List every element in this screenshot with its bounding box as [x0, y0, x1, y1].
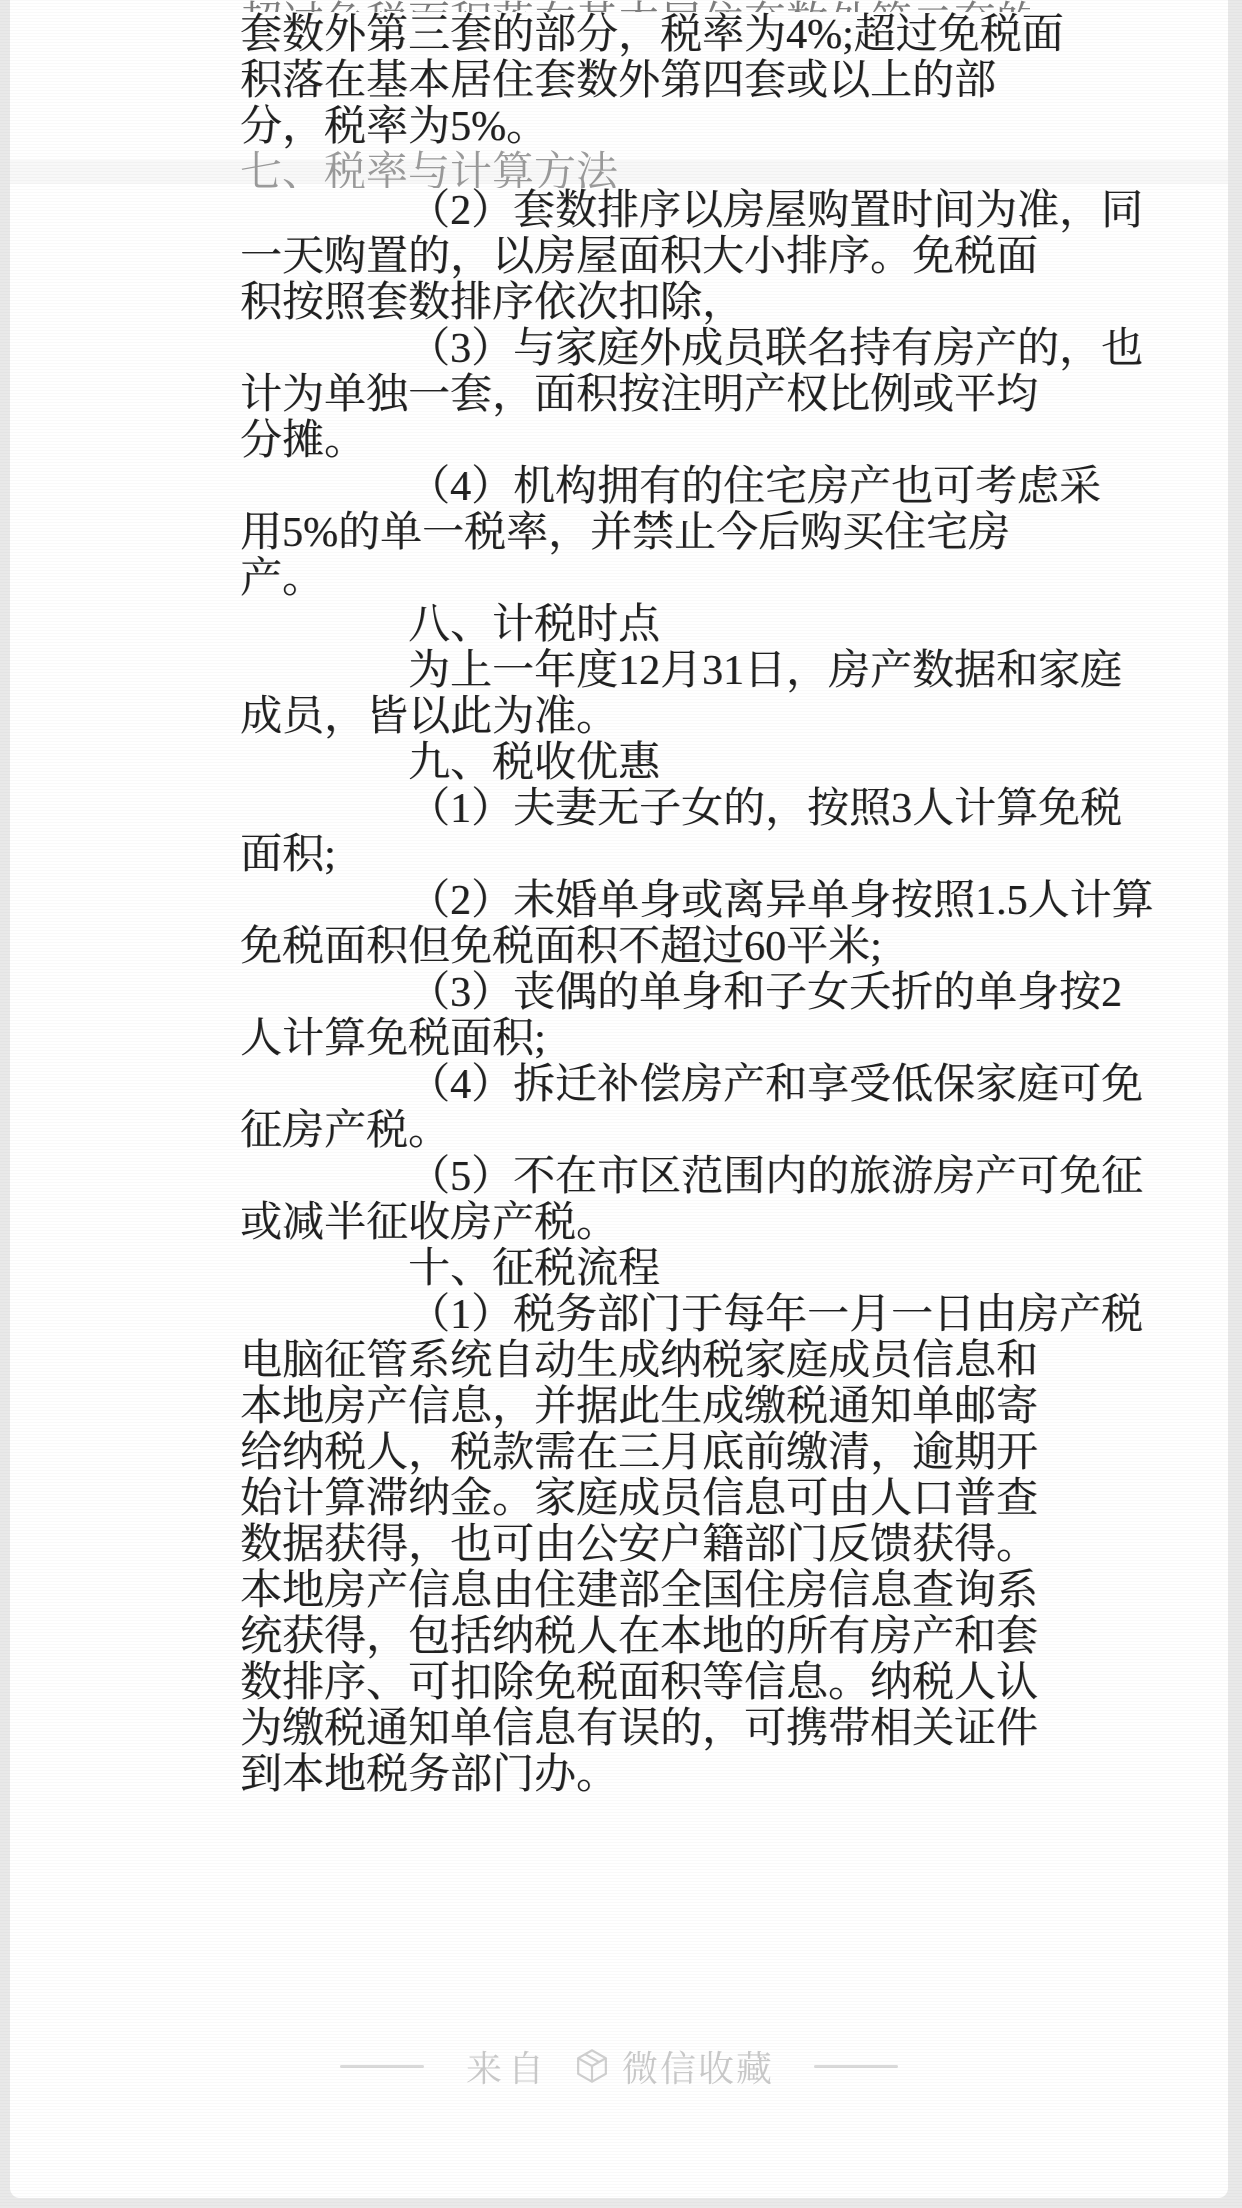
text-line-content: 征房产税。 [240, 1108, 450, 1154]
text-line: 产。 [240, 556, 1030, 602]
text-line-content: （3）与家庭外成员联名持有房产的，也 [324, 326, 1143, 372]
text-line-content: 一天购置的，以房屋面积大小排序。免税面 [240, 234, 1038, 280]
text-line: 积落在基本居住套数外第四套或以上的部 [240, 58, 1030, 104]
text-line-content: （5）不在市区范围内的旅游房产可免征 [324, 1154, 1143, 1200]
text-line-content: 积按照套数排序依次扣除， [240, 280, 744, 326]
text-line: （4）机构拥有的住宅房产也可考虑采 [240, 464, 1030, 510]
text-line-content: 为缴税通知单信息有误的，可携带相关证件 [240, 1706, 1038, 1752]
text-line: 套数外第三套的部分，税率为4%;超过免税面 [240, 12, 1030, 58]
text-line: 数排序、可扣除免税面积等信息。纳税人认 [240, 1660, 1030, 1706]
text-line: （1）税务部门于每年一月一日由房产税 [240, 1292, 1030, 1338]
text-line-content: 九、税收优惠 [324, 740, 660, 786]
text-line: 电脑征管系统自动生成纳税家庭成员信息和 [240, 1338, 1030, 1384]
text-line-content: 为上一年度12月31日，房产数据和家庭 [324, 648, 1122, 694]
text-line: 数据获得，也可由公安户籍部门反馈获得。 [240, 1522, 1030, 1568]
text-line: 到本地税务部门办。 [240, 1752, 1030, 1798]
text-line: 计为单独一套，面积按注明产权比例或平均 [240, 372, 1030, 418]
text-line: （5）不在市区范围内的旅游房产可免征 [240, 1154, 1030, 1200]
text-line-content: 给纳税人，税款需在三月底前缴清，逾期开 [240, 1430, 1038, 1476]
text-line-content: （3）丧偶的单身和子女夭折的单身按2 [324, 970, 1122, 1016]
text-line-content: 积落在基本居住套数外第四套或以上的部 [240, 58, 996, 104]
text-line: 成员，皆以此为准。 [240, 694, 1030, 740]
text-line: 本地房产信息，并据此生成缴税通知单邮寄 [240, 1384, 1030, 1430]
text-line-content: 产。 [240, 556, 324, 602]
text-line-content: （1）夫妻无子女的，按照3人计算免税 [324, 786, 1122, 832]
divider-line-right [814, 2065, 898, 2068]
text-line: 免税面积但免税面积不超过60平米; [240, 924, 1030, 970]
text-line: （3）丧偶的单身和子女夭折的单身按2 [240, 970, 1030, 1016]
text-line-content: （4）机构拥有的住宅房产也可考虑采 [324, 464, 1101, 510]
text-line: 人计算免税面积; [240, 1016, 1030, 1062]
ghost-line-fragment: 七、税率与计算方法 [240, 150, 1030, 188]
text-line: （4）拆迁补偿房产和享受低保家庭可免 [240, 1062, 1030, 1108]
text-line-content: 七、税率与计算方法 [240, 150, 618, 188]
text-line: （3）与家庭外成员联名持有房产的，也 [240, 326, 1030, 372]
text-line-content: （2）套数排序以房屋购置时间为准，同 [324, 188, 1143, 234]
text-line-content: 始计算滞纳金。家庭成员信息可由人口普查 [240, 1476, 1038, 1522]
divider-line-left [340, 2065, 424, 2068]
text-line-content: 分摊。 [240, 418, 366, 464]
text-line: 征房产税。 [240, 1108, 1030, 1154]
text-line-content: 人计算免税面积; [240, 1016, 546, 1062]
text-line: 一天购置的，以房屋面积大小排序。免税面 [240, 234, 1030, 280]
text-line: （1）夫妻无子女的，按照3人计算免税 [240, 786, 1030, 832]
text-line-content: 超过免税面积落在基本居住套数外第二套的 [240, 0, 1030, 12]
text-line: 面积; [240, 832, 1030, 878]
text-line: 为缴税通知单信息有误的，可携带相关证件 [240, 1706, 1030, 1752]
text-line-content: （2）未婚单身或离异单身按照1.5人计算 [324, 878, 1154, 924]
note-card: 超过免税面积落在基本居住套数外第二套的套数外第三套的部分，税率为4%;超过免税面… [10, 0, 1228, 2198]
ghost-line-fragment: 超过免税面积落在基本居住套数外第二套的 [240, 0, 1030, 12]
text-line-content: 或减半征收房产税。 [240, 1200, 618, 1246]
text-line: 积按照套数排序依次扣除， [240, 280, 1030, 326]
source-footer: 来自 微信收藏 [10, 2038, 1228, 2094]
text-line-content: 成员，皆以此为准。 [240, 694, 618, 740]
text-line-content: 八、计税时点 [324, 602, 660, 648]
text-line-content: 本地房产信息，并据此生成缴税通知单邮寄 [240, 1384, 1038, 1430]
text-line-content: 套数外第三套的部分，税率为4%;超过免税面 [240, 12, 1064, 58]
text-line-content: 用5%的单一税率，并禁止今后购买住宅房 [240, 510, 1010, 556]
text-line-content: （1）税务部门于每年一月一日由房产税 [324, 1292, 1143, 1338]
text-line-content: （4）拆迁补偿房产和享受低保家庭可免 [324, 1062, 1143, 1108]
text-line: 分摊。 [240, 418, 1030, 464]
source-label: 微信收藏 [622, 2041, 774, 2092]
text-line: 给纳税人，税款需在三月底前缴清，逾期开 [240, 1430, 1030, 1476]
text-line: 十、征税流程 [240, 1246, 1030, 1292]
text-line: 分，税率为5%。 [240, 104, 1030, 150]
text-line: 八、计税时点 [240, 602, 1030, 648]
text-line-content: 计为单独一套，面积按注明产权比例或平均 [240, 372, 1038, 418]
from-label: 来自 [466, 2041, 550, 2092]
document-body[interactable]: 超过免税面积落在基本居住套数外第二套的套数外第三套的部分，税率为4%;超过免税面… [240, 0, 1030, 1798]
text-line-content: 电脑征管系统自动生成纳税家庭成员信息和 [240, 1338, 1038, 1384]
text-line-content: 数排序、可扣除免税面积等信息。纳税人认 [240, 1660, 1038, 1706]
text-line: 统获得，包括纳税人在本地的所有房产和套 [240, 1614, 1030, 1660]
text-line-content: 本地房产信息由住建部全国住房信息查询系 [240, 1568, 1038, 1614]
text-line-content: 统获得，包括纳税人在本地的所有房产和套 [240, 1614, 1038, 1660]
wechat-favorites-box-icon [572, 2046, 612, 2086]
text-line-content: 十、征税流程 [324, 1246, 660, 1292]
text-line: 本地房产信息由住建部全国住房信息查询系 [240, 1568, 1030, 1614]
text-line-content: 到本地税务部门办。 [240, 1752, 618, 1798]
text-line: （2）套数排序以房屋购置时间为准，同 [240, 188, 1030, 234]
text-line: 为上一年度12月31日，房产数据和家庭 [240, 648, 1030, 694]
text-line-content: 免税面积但免税面积不超过60平米; [240, 924, 882, 970]
text-line: 或减半征收房产税。 [240, 1200, 1030, 1246]
text-line-content: 面积; [240, 832, 336, 878]
text-line: 九、税收优惠 [240, 740, 1030, 786]
text-line: 用5%的单一税率，并禁止今后购买住宅房 [240, 510, 1030, 556]
text-line-content: 分，税率为5%。 [240, 104, 548, 150]
text-line-content: 数据获得，也可由公安户籍部门反馈获得。 [240, 1522, 1038, 1568]
text-line: 始计算滞纳金。家庭成员信息可由人口普查 [240, 1476, 1030, 1522]
text-line: （2）未婚单身或离异单身按照1.5人计算 [240, 878, 1030, 924]
